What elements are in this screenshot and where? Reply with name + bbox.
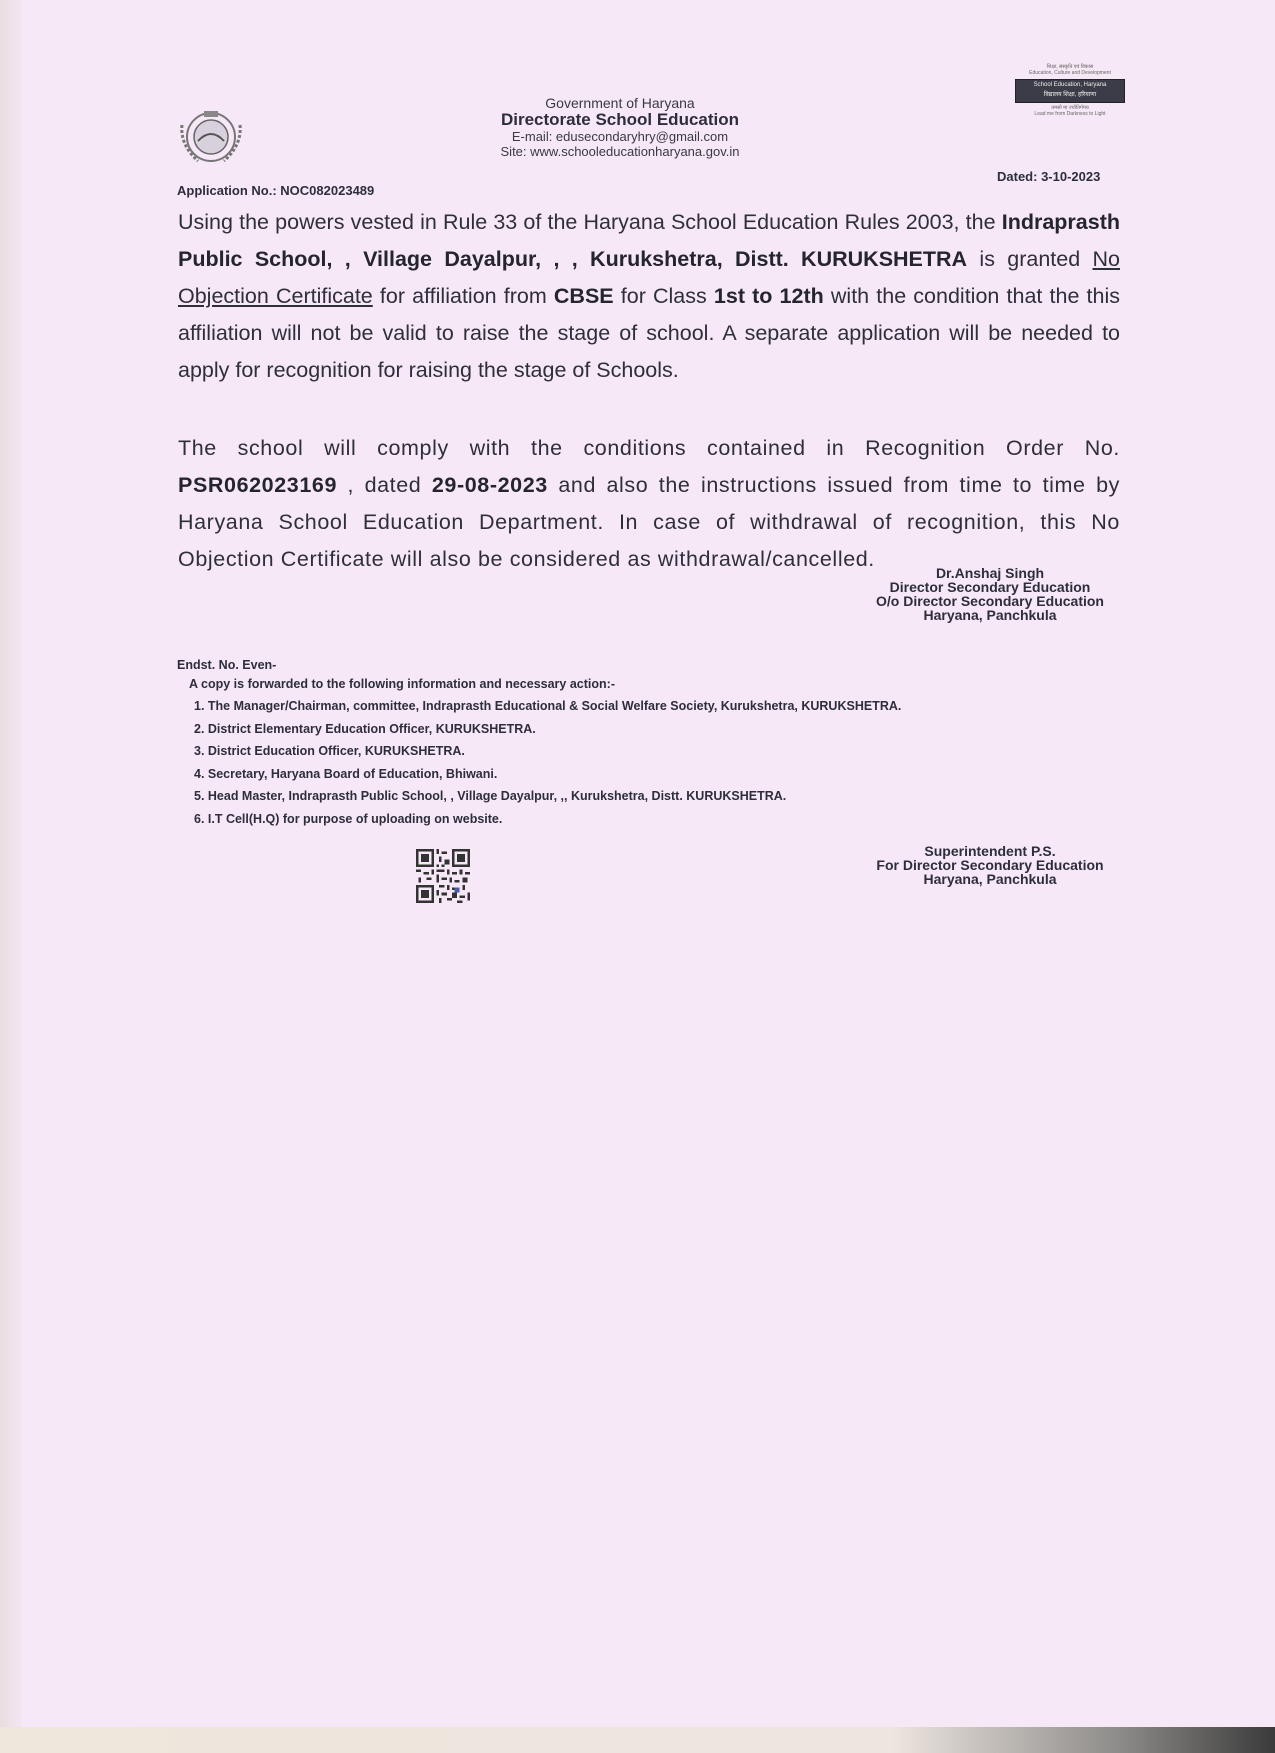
scan-edge-left	[0, 0, 22, 1753]
copy-recipient-list: 1. The Manager/Chairman, committee, Indr…	[194, 695, 901, 830]
signatory-designation: Director Secondary Education	[860, 580, 1120, 594]
letterhead: Government of Haryana Directorate School…	[420, 96, 820, 159]
noc-grant-paragraph: Using the powers vested in Rule 33 of th…	[178, 204, 1120, 389]
recognition-order-date: 29-08-2023	[432, 473, 548, 497]
recognition-order-no: PSR062023169	[178, 473, 337, 497]
qr-code-icon	[416, 849, 470, 903]
scan-edge-bottom	[0, 1727, 1275, 1753]
application-number: Application No.: NOC082023489	[177, 183, 374, 198]
logo-banner: School Education, Haryana विद्यालय शिक्ष…	[1015, 79, 1125, 103]
endorsement-number: Endst. No. Even-	[177, 658, 276, 672]
signatory-place: Haryana, Panchkula	[870, 872, 1110, 886]
site-line: Site: www.schooleducationharyana.gov.in	[420, 144, 820, 159]
forward-note: A copy is forwarded to the following inf…	[189, 677, 615, 691]
class-range: 1st to 12th	[714, 284, 824, 308]
conditions-paragraph: The school will comply with the conditio…	[178, 430, 1120, 578]
logo-banner-english: School Education, Haryana	[1016, 80, 1124, 90]
haryana-emblem-icon	[170, 105, 252, 169]
list-item: 2. District Elementary Education Officer…	[194, 718, 901, 741]
board-name: CBSE	[554, 284, 614, 308]
logo-bottom-english: Lead me from Darkness to Light	[1014, 111, 1126, 117]
signatory-place: Haryana, Panchkula	[860, 608, 1120, 622]
superintendent-signature-block: Superintendent P.S. For Director Seconda…	[870, 844, 1110, 886]
signatory-designation: Superintendent P.S.	[870, 844, 1110, 858]
signatory-office: O/o Director Secondary Education	[860, 594, 1120, 608]
signatory-name: Dr.Anshaj Singh	[860, 566, 1120, 580]
director-signature-block: Dr.Anshaj Singh Director Secondary Educa…	[860, 566, 1120, 622]
email-line: E-mail: edusecondaryhry@gmail.com	[420, 129, 820, 144]
list-item: 6. I.T Cell(H.Q) for purpose of uploadin…	[194, 808, 901, 831]
letter-date: Dated: 3-10-2023	[997, 169, 1100, 184]
list-item: 4. Secretary, Haryana Board of Education…	[194, 763, 901, 786]
government-name: Government of Haryana	[420, 96, 820, 111]
directorate-name: Directorate School Education	[420, 111, 820, 129]
school-education-haryana-logo-icon: शिक्षा, संस्कृति एवं विकास Education, Cu…	[1014, 64, 1126, 138]
logo-top-english: Education, Culture and Development	[1014, 70, 1126, 76]
logo-banner-hindi: विद्यालय शिक्षा, हरियाणा	[1016, 90, 1124, 100]
list-item: 3. District Education Officer, KURUKSHET…	[194, 740, 901, 763]
signatory-for: For Director Secondary Education	[870, 858, 1110, 872]
list-item: 1. The Manager/Chairman, committee, Indr…	[194, 695, 901, 718]
list-item: 5. Head Master, Indraprasth Public Schoo…	[194, 785, 901, 808]
